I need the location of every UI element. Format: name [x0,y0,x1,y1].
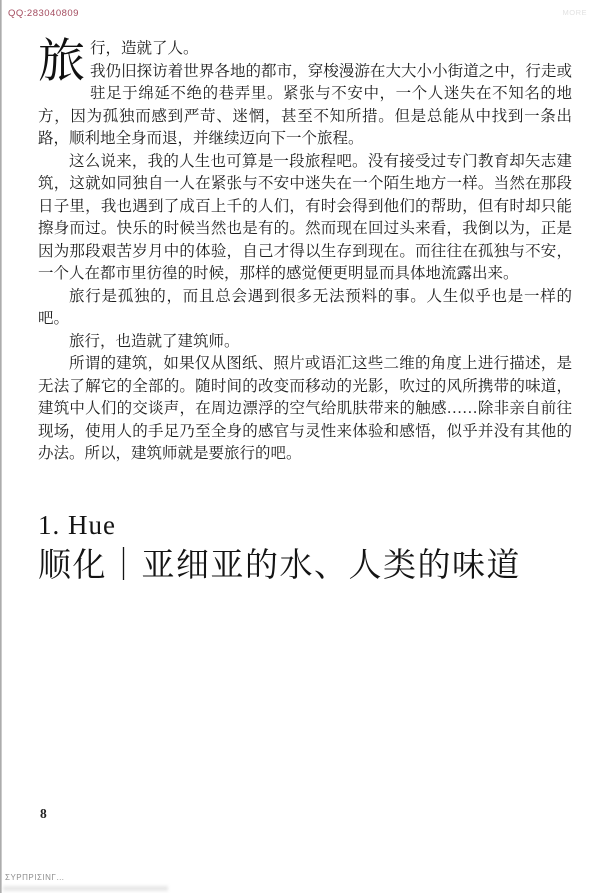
watermark-top-right: MORE [563,8,588,17]
paragraph-text: 所谓的建筑，如果仅从图纸、照片或语汇这些二维的角度上进行描述，是无法了解它的全部… [38,353,572,466]
scan-smudge [3,886,168,891]
paragraph-opening: 旅行，造就了人。 我仍旧探访着世界各地的都市，穿梭漫游在大大小小街道之中，行走或… [38,38,572,151]
opening-line: 行，造就了人。 [90,40,199,57]
page-edge-line [0,0,2,893]
paragraph-text: 我仍旧探访着世界各地的都市，穿梭漫游在大大小小街道之中，行走或驻足于绵延不绝的巷… [38,63,572,148]
paragraph-text: 旅行是孤独的，而且总会遇到很多无法预料的事。人生似乎也是一样的吧。 [38,286,572,331]
book-page: QQ:283040809 MORE 旅行，造就了人。 我仍旧探访着世界各地的都市… [0,0,600,893]
paragraph-text: 这么说来，我的人生也可算是一段旅程吧。没有接受过专门教育却矢志建筑，这就如同独自… [38,151,572,286]
chapter-number-title: 1. Hue [38,510,572,540]
watermark-qq-number: QQ:283040809 [8,8,79,19]
paragraph-text: 旅行，也造就了建筑师。 [38,331,572,354]
article-body: 旅行，造就了人。 我仍旧探访着世界各地的都市，穿梭漫游在大大小小街道之中，行走或… [38,38,572,588]
watermark-bottom-left: ΣΥΡΠΡΙΣΙΝΓ… [5,873,65,882]
chapter-heading-block: 1. Hue 顺化｜亚细亚的水、人类的味道 [38,510,572,588]
chapter-subtitle: 顺化｜亚细亚的水、人类的味道 [38,544,572,588]
drop-cap-character: 旅 [38,38,90,85]
page-number: 8 [40,806,47,822]
